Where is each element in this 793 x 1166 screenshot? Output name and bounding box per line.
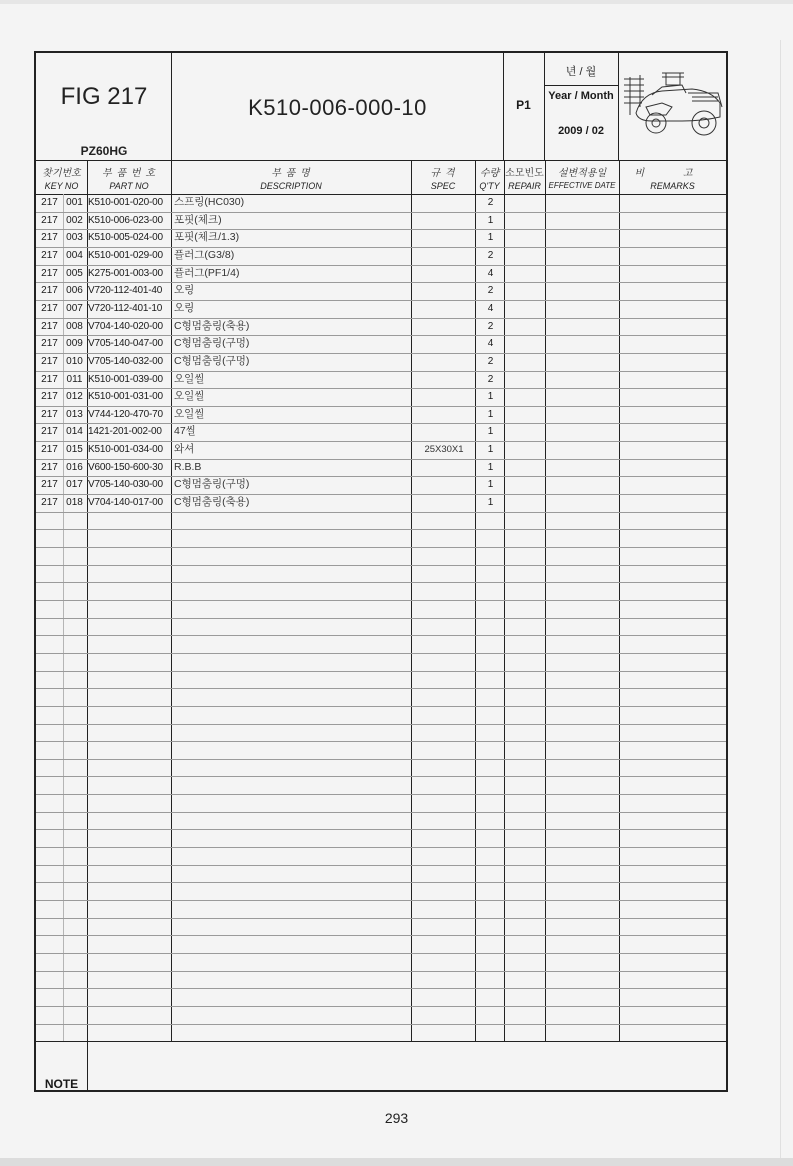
- fig-number-cell: 217: [36, 300, 63, 318]
- fig-number-cell: 217: [36, 335, 63, 353]
- fig-number-cell: 217: [36, 423, 63, 441]
- grid-line: [36, 247, 726, 248]
- grid-line: [36, 371, 726, 372]
- page-edge: [780, 40, 781, 1160]
- grid-line: [36, 971, 726, 972]
- grid-line: [36, 494, 726, 495]
- key-number-cell: 012: [63, 388, 86, 406]
- description-cell: C형멈춤링(구멍): [174, 353, 410, 371]
- quantity-cell: 1: [476, 229, 505, 247]
- grid-line: [36, 812, 726, 813]
- table-row: 217007V720-112-401-10오링4: [36, 300, 726, 318]
- grid-line: [36, 635, 726, 636]
- part-number-cell: V720-112-401-40: [88, 282, 172, 300]
- grid-line: [36, 953, 726, 954]
- key-number-cell: 008: [63, 318, 86, 336]
- quantity-cell: 1: [476, 388, 505, 406]
- description-cell: R.B.B: [174, 459, 410, 477]
- key-number-cell: 015: [63, 441, 86, 459]
- fig-number-cell: 217: [36, 353, 63, 371]
- grid-line: [36, 212, 726, 213]
- part-number-cell: V704-140-020-00: [88, 318, 172, 336]
- key-number-cell: 005: [63, 265, 86, 283]
- grid-line: [36, 1006, 726, 1007]
- fig-number-cell: 217: [36, 459, 63, 477]
- figure-number: FIG 217: [36, 83, 172, 111]
- grid-line: [503, 53, 504, 160]
- table-row: 217008V704-140-020-00C형멈춤링(축용)2: [36, 318, 726, 336]
- description-cell: 47씰: [174, 423, 410, 441]
- grid-line: [36, 512, 726, 513]
- key-number-cell: 002: [63, 212, 86, 230]
- spec-cell: 25X30X1: [412, 441, 476, 459]
- part-number-cell: K510-005-024-00: [88, 229, 172, 247]
- grid-line: [544, 53, 545, 160]
- table-row: 217015K510-001-034-00와셔25X30X11: [36, 441, 726, 459]
- key-number-cell: 013: [63, 406, 86, 424]
- grid-line: [36, 724, 726, 725]
- year-month-label-en: Year / Month: [544, 90, 618, 102]
- grid-line: [36, 265, 726, 266]
- part-number-cell: K510-001-020-00: [88, 194, 172, 212]
- table-row: 217017V705-140-030-00C형멈춤링(구멍)1: [36, 476, 726, 494]
- page-edge: [0, 1158, 793, 1166]
- table-row: 217005K275-001-003-00플러그(PF1/4)4: [36, 265, 726, 283]
- part-number-cell: K510-001-034-00: [88, 441, 172, 459]
- grid-line: [36, 300, 726, 301]
- quantity-cell: 2: [476, 353, 505, 371]
- table-row: 217011K510-001-039-00오일씰2: [36, 371, 726, 389]
- col-header-qty-en: Q'TY: [475, 181, 504, 191]
- description-cell: 오링: [174, 300, 410, 318]
- quantity-cell: 2: [476, 282, 505, 300]
- page-code: P1: [503, 98, 544, 112]
- col-header-desc-ko: 부 품 명: [171, 164, 411, 179]
- description-cell: 오일씰: [174, 406, 410, 424]
- fig-number-cell: 217: [36, 494, 63, 512]
- grid-line: [36, 918, 726, 919]
- fig-number-cell: 217: [36, 406, 63, 424]
- quantity-cell: 1: [476, 212, 505, 230]
- col-header-remarks-ko: 비 고: [619, 164, 726, 179]
- key-number-cell: 018: [63, 494, 86, 512]
- col-header-qty-ko: 수량: [475, 164, 504, 179]
- part-number-cell: V720-112-401-10: [88, 300, 172, 318]
- description-cell: 플러그(PF1/4): [174, 265, 410, 283]
- description-cell: C형멈춤링(축용): [174, 494, 410, 512]
- part-number-cell: V704-140-017-00: [88, 494, 172, 512]
- model-name: PZ60HG: [36, 144, 172, 158]
- part-number-cell: V705-140-030-00: [88, 476, 172, 494]
- part-number-cell: 1421-201-002-00: [88, 423, 172, 441]
- year-month-value: 2009 / 02: [544, 125, 618, 137]
- description-cell: 포핏(체크/1.3): [174, 229, 410, 247]
- description-cell: 오일씰: [174, 371, 410, 389]
- key-number-cell: 006: [63, 282, 86, 300]
- grid-line: [36, 353, 726, 354]
- fig-number-cell: 217: [36, 247, 63, 265]
- description-cell: 와셔: [174, 441, 410, 459]
- description-cell: C형멈춤링(구멍): [174, 335, 410, 353]
- quantity-cell: 2: [476, 247, 505, 265]
- quantity-cell: 4: [476, 265, 505, 283]
- grid-line: [36, 335, 726, 336]
- col-header-part-ko: 부 품 번 호: [87, 164, 171, 179]
- description-cell: 오링: [174, 282, 410, 300]
- key-number-cell: 016: [63, 459, 86, 477]
- col-header-part-en: PART NO: [87, 181, 171, 191]
- grid-line: [36, 441, 726, 442]
- grid-line: [36, 423, 726, 424]
- parts-list-sheet: FIG 217 PZ60HG K510-006-000-10 P1 년 / 월 …: [34, 51, 728, 1092]
- quantity-cell: 4: [476, 300, 505, 318]
- key-number-cell: 009: [63, 335, 86, 353]
- description-cell: 플러그(G3/8): [174, 247, 410, 265]
- quantity-cell: 2: [476, 194, 505, 212]
- grid-line: [36, 547, 726, 548]
- grid-line: [36, 565, 726, 566]
- col-header-spec-en: SPEC: [411, 181, 475, 191]
- note-label: NOTE: [36, 1058, 87, 1111]
- page-number: 293: [0, 1110, 793, 1126]
- key-number-cell: 011: [63, 371, 86, 389]
- part-number-cell: K510-001-031-00: [88, 388, 172, 406]
- grid-line: [36, 776, 726, 777]
- description-cell: C형멈춤링(축용): [174, 318, 410, 336]
- quantity-cell: 2: [476, 371, 505, 389]
- grid-line: [36, 459, 726, 460]
- part-number-cell: V705-140-032-00: [88, 353, 172, 371]
- quantity-cell: 4: [476, 335, 505, 353]
- description-cell: 스프링(HC030): [174, 194, 410, 212]
- part-number-cell: V705-140-047-00: [88, 335, 172, 353]
- key-number-cell: 003: [63, 229, 86, 247]
- table-row: 217012K510-001-031-00오일씰1: [36, 388, 726, 406]
- table-row: 217003K510-005-024-00포핏(체크/1.3)1: [36, 229, 726, 247]
- part-number-cell: V600-150-600-30: [88, 459, 172, 477]
- fig-number-cell: 217: [36, 229, 63, 247]
- col-header-key-ko: 찾기번호: [36, 164, 87, 179]
- table-row: 217016V600-150-600-30R.B.B1: [36, 459, 726, 477]
- quantity-cell: 1: [476, 459, 505, 477]
- grid-line: [36, 671, 726, 672]
- fig-number-cell: 217: [36, 371, 63, 389]
- table-row: 217002K510-006-023-00포핏(체크)1: [36, 212, 726, 230]
- grid-line: [36, 900, 726, 901]
- key-number-cell: 014: [63, 423, 86, 441]
- grid-line: [36, 582, 726, 583]
- grid-line: [36, 476, 726, 477]
- quantity-cell: 1: [476, 476, 505, 494]
- description-cell: 오일씰: [174, 388, 410, 406]
- table-row: 217010V705-140-032-00C형멈춤링(구멍)2: [36, 353, 726, 371]
- grid-line: [36, 706, 726, 707]
- part-number-cell: K510-001-039-00: [88, 371, 172, 389]
- grid-line: [36, 406, 726, 407]
- grid-line: [87, 1041, 88, 1090]
- part-number-cell: K275-001-003-00: [88, 265, 172, 283]
- grid-line: [36, 935, 726, 936]
- key-number-cell: 001: [63, 194, 86, 212]
- description-cell: C형멈춤링(구멍): [174, 476, 410, 494]
- grid-line: [36, 688, 726, 689]
- rice-transplanter-icon: [622, 63, 726, 143]
- part-number-cell: V744-120-470-70: [88, 406, 172, 424]
- grid-line: [618, 53, 619, 160]
- fig-number-cell: 217: [36, 212, 63, 230]
- assembly-number: K510-006-000-10: [172, 95, 503, 121]
- quantity-cell: 1: [476, 423, 505, 441]
- grid-line: [36, 865, 726, 866]
- grid-line: [36, 160, 726, 161]
- grid-line: [36, 1024, 726, 1025]
- fig-number-cell: 217: [36, 476, 63, 494]
- table-row: 217004K510-001-029-00플러그(G3/8)2: [36, 247, 726, 265]
- fig-number-cell: 217: [36, 388, 63, 406]
- year-month-label-ko: 년 / 월: [544, 63, 618, 79]
- table-row: 217018V704-140-017-00C형멈춤링(축용)1: [36, 494, 726, 512]
- grid-line: [36, 229, 726, 230]
- quantity-cell: 2: [476, 318, 505, 336]
- grid-line: [36, 618, 726, 619]
- table-row: 2170141421-201-002-0047씰1: [36, 423, 726, 441]
- col-header-remarks-en: REMARKS: [619, 181, 726, 191]
- quantity-cell: 1: [476, 494, 505, 512]
- col-header-key-en: KEY NO: [36, 181, 87, 191]
- grid-line: [36, 653, 726, 654]
- col-header-spec-ko: 규 격: [411, 164, 475, 179]
- fig-number-cell: 217: [36, 318, 63, 336]
- key-number-cell: 004: [63, 247, 86, 265]
- col-header-date-ko: 설변적용일: [545, 164, 619, 179]
- grid-line: [36, 988, 726, 989]
- table-row: 217009V705-140-047-00C형멈춤링(구멍)4: [36, 335, 726, 353]
- grid-line: [36, 282, 726, 283]
- grid-line: [36, 847, 726, 848]
- grid-line: [36, 600, 726, 601]
- grid-line: [36, 1041, 726, 1042]
- grid-line: [36, 882, 726, 883]
- quantity-cell: 1: [476, 441, 505, 459]
- quantity-cell: 1: [476, 406, 505, 424]
- grid-line: [36, 318, 726, 319]
- grid-line: [36, 794, 726, 795]
- part-number-cell: K510-006-023-00: [88, 212, 172, 230]
- col-header-date-en: EFFECTIVE DATE: [545, 181, 619, 190]
- grid-line: [36, 829, 726, 830]
- grid-line: [544, 85, 618, 86]
- fig-number-cell: 217: [36, 265, 63, 283]
- page-edge: [0, 0, 793, 4]
- grid-line: [36, 529, 726, 530]
- description-cell: 포핏(체크): [174, 212, 410, 230]
- key-number-cell: 017: [63, 476, 86, 494]
- key-number-cell: 010: [63, 353, 86, 371]
- fig-number-cell: 217: [36, 194, 63, 212]
- table-row: 217013V744-120-470-70오일씰1: [36, 406, 726, 424]
- grid-line: [36, 388, 726, 389]
- col-header-desc-en: DESCRIPTION: [171, 181, 411, 191]
- table-row: 217006V720-112-401-40오링2: [36, 282, 726, 300]
- fig-number-cell: 217: [36, 441, 63, 459]
- grid-line: [36, 759, 726, 760]
- col-header-repair-en: REPAIR: [504, 181, 545, 191]
- grid-line: [36, 194, 726, 195]
- fig-number-cell: 217: [36, 282, 63, 300]
- key-number-cell: 007: [63, 300, 86, 318]
- table-row: 217001K510-001-020-00스프링(HC030)2: [36, 194, 726, 212]
- grid-line: [36, 741, 726, 742]
- col-header-repair-ko: 소모빈도: [504, 164, 545, 179]
- part-number-cell: K510-001-029-00: [88, 247, 172, 265]
